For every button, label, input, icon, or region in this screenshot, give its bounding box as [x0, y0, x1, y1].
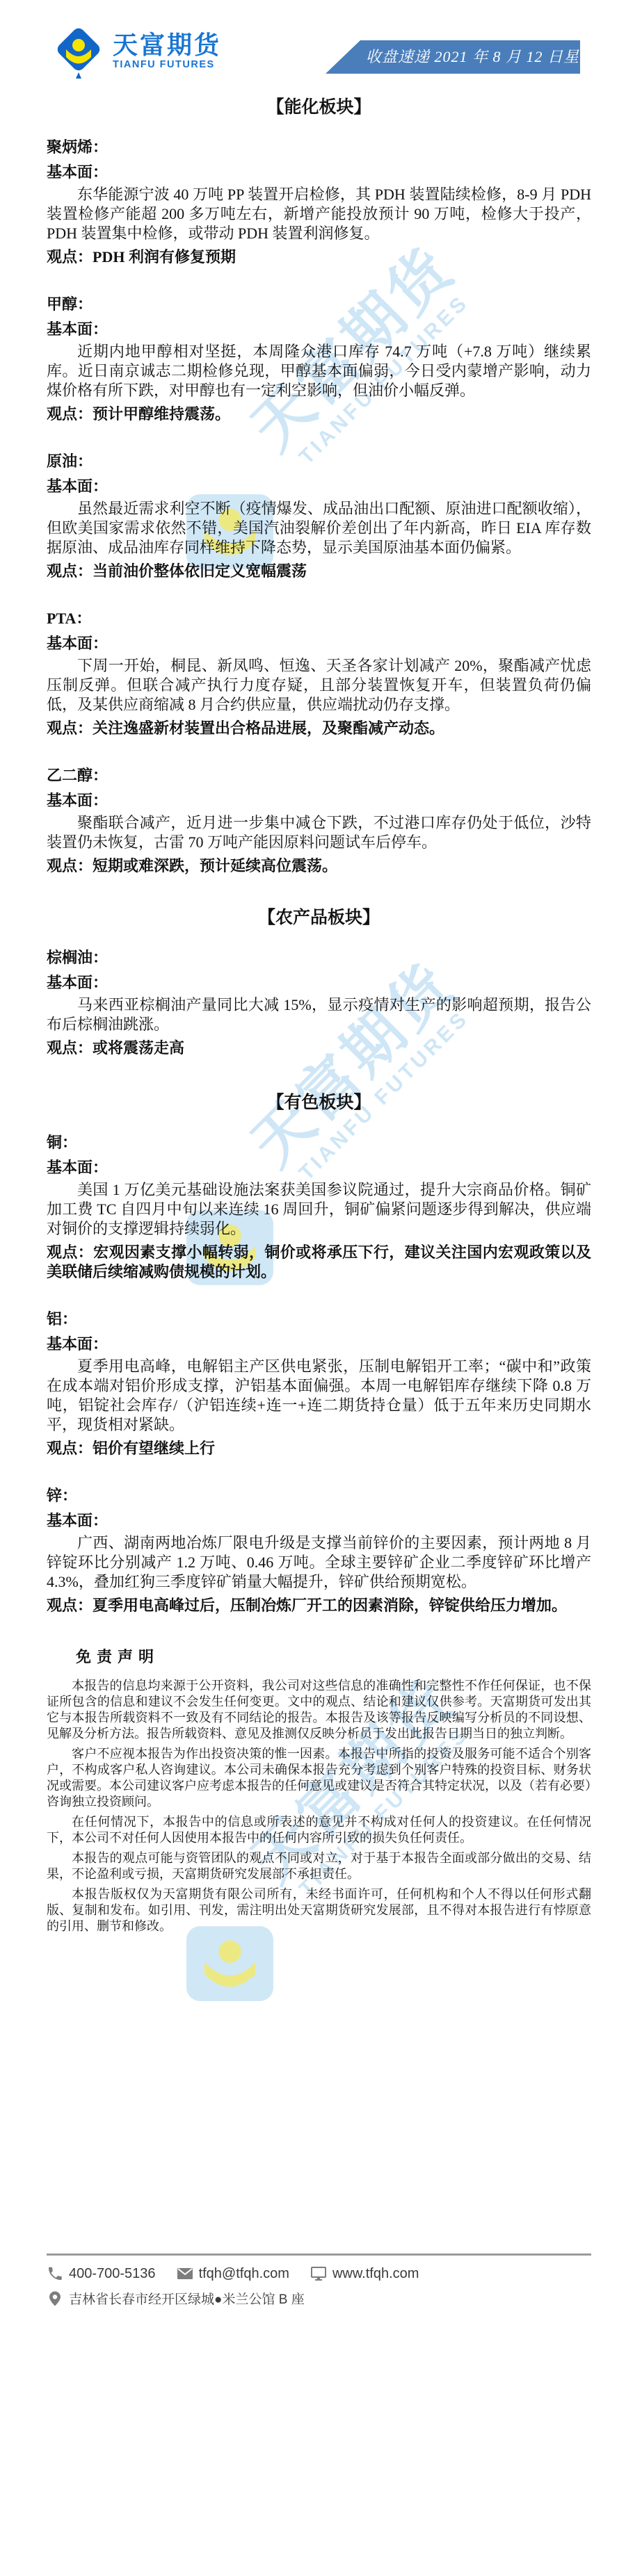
- report-page: 天富期货 TIANFU FUTURES 天富期货 TIANFU FUTURES …: [0, 0, 626, 2576]
- disclaimer-paragraph: 本报告的信息均来源于公开资料，我公司对这些信息的准确性和完整性不作任何保证，也不…: [47, 1678, 591, 1742]
- view-text: 观点：当前油价整体依旧定义宽幅震荡: [47, 562, 591, 581]
- commodity-item-copper: 铜： 基本面： 美国 1 万亿美元基础设施法案获美国参议院通过，提升大宗商品价格…: [47, 1133, 591, 1282]
- commodity-name: 原油：: [47, 452, 591, 471]
- date-banner: 收盘速递 2021 年 8 月 12 日星期四: [326, 40, 580, 74]
- section-energy-chemical: 【能化板块】 聚炳烯： 基本面： 东华能源宁波 40 万吨 PP 装置开启检修，…: [47, 97, 591, 876]
- fundamentals-label: 基本面：: [47, 634, 591, 653]
- location-pin-icon: [47, 2290, 63, 2307]
- footer-contact-row: 400-700-5136 tfqh@tfqh.com www.tfqh.com: [47, 2265, 591, 2282]
- commodity-name: 铝：: [47, 1310, 591, 1329]
- report-content: 【能化板块】 聚炳烯： 基本面： 东华能源宁波 40 万吨 PP 装置开启检修，…: [47, 90, 591, 1939]
- logo-name-cn: 天富期货: [113, 32, 221, 58]
- commodity-item-polypropylene: 聚炳烯： 基本面： 东华能源宁波 40 万吨 PP 装置开启检修，其 PDH 装…: [47, 138, 591, 267]
- logo-name-en: TIANFU FUTURES: [113, 58, 221, 71]
- footer-address: 吉林省长春市经开区绿城●米兰公馆 B 座: [47, 2289, 305, 2308]
- email-address: tfqh@tfqh.com: [199, 2266, 289, 2282]
- commodity-name: PTA：: [47, 609, 591, 628]
- commodity-item-zinc: 锌： 基本面： 广西、湖南两地冶炼厂限电升级是支撑当前锌价的主要因素，预计两地 …: [47, 1486, 591, 1615]
- disclaimer-title: 免责声明: [76, 1647, 591, 1667]
- fundamentals-label: 基本面：: [47, 1335, 591, 1354]
- fundamentals-text: 马来西亚棕榈油产量同比大减 15%，显示疫情对生产的影响超预期，报告公布后棕榈油…: [47, 995, 591, 1034]
- commodity-item-pta: PTA： 基本面： 下周一开始，桐昆、新凤鸣、恒逸、天圣各家计划减产 20%，聚…: [47, 609, 591, 738]
- fundamentals-text: 夏季用电高峰，电解铝主产区供电紧张，压制电解铝开工率；“碳中和”政策在成本端对铝…: [47, 1357, 591, 1435]
- fundamentals-label: 基本面：: [47, 1158, 591, 1177]
- header: 天富期货 TIANFU FUTURES 收盘速递 2021 年 8 月 12 日…: [0, 0, 626, 90]
- commodity-item-ethylene-glycol: 乙二醇： 基本面： 聚酯联合减产，近月进一步集中减仓下跌，不过港口库存仍处于低位…: [47, 766, 591, 876]
- fundamentals-label: 基本面：: [47, 1511, 591, 1531]
- section-agricultural: 【农产品板块】 棕榈油： 基本面： 马来西亚棕榈油产量同比大减 15%，显示疫情…: [47, 908, 591, 1058]
- footer-email: tfqh@tfqh.com: [177, 2265, 289, 2282]
- commodity-name: 聚炳烯：: [47, 138, 591, 157]
- commodity-item-methanol: 甲醇： 基本面： 近期内地甲醇相对坚挺，本周隆众港口库存 74.7 万吨（+7.…: [47, 295, 591, 424]
- commodity-name: 棕榈油：: [47, 948, 591, 968]
- commodity-name: 铜：: [47, 1133, 591, 1152]
- fundamentals-label: 基本面：: [47, 791, 591, 810]
- view-text: 观点：关注逸盛新材装置出合格品进展，及聚酯减产动态。: [47, 719, 591, 738]
- email-icon: [177, 2265, 193, 2282]
- section-title: 【农产品板块】: [47, 908, 591, 929]
- section-nonferrous: 【有色板块】 铜： 基本面： 美国 1 万亿美元基础设施法案获美国参议院通过，提…: [47, 1093, 591, 1615]
- fundamentals-text: 美国 1 万亿美元基础设施法案获美国参议院通过，提升大宗商品价格。铜矿加工费 T…: [47, 1180, 591, 1239]
- commodity-item-palm-oil: 棕榈油： 基本面： 马来西亚棕榈油产量同比大减 15%，显示疫情对生产的影响超预…: [47, 948, 591, 1058]
- disclaimer-paragraph: 客户不应视本报告为作出投资决策的惟一因素。本报告中所指的投资及服务可能不适合个别…: [47, 1746, 591, 1810]
- fundamentals-text: 广西、湖南两地冶炼厂限电升级是支撑当前锌价的主要因素，预计两地 8 月锌锭环比分…: [47, 1533, 591, 1592]
- disclaimer: 免责声明 本报告的信息均来源于公开资料，我公司对这些信息的准确性和完整性不作任何…: [47, 1647, 591, 1934]
- disclaimer-paragraph: 本报告的观点可能与资管团队的观点不同或对立，对于基于本报告全面或部分做出的交易、…: [47, 1850, 591, 1882]
- address-text: 吉林省长春市经开区绿城●米兰公馆 B 座: [69, 2289, 305, 2308]
- fundamentals-text: 近期内地甲醇相对坚挺，本周隆众港口库存 74.7 万吨（+7.8 万吨）继续累库…: [47, 342, 591, 400]
- section-title: 【能化板块】: [47, 97, 591, 118]
- fundamentals-label: 基本面：: [47, 973, 591, 993]
- logo-diamond-icon: [54, 24, 103, 79]
- view-text: 观点：短期或难深跌，预计延续高位震荡。: [47, 856, 591, 876]
- commodity-item-crude-oil: 原油： 基本面： 虽然最近需求利空不断（疫情爆发、成品油出口配额、原油进口配额收…: [47, 452, 591, 581]
- fundamentals-text: 虽然最近需求利空不断（疫情爆发、成品油出口配额、原油进口配额收缩），但欧美国家需…: [47, 499, 591, 557]
- fundamentals-text: 聚酯联合减产，近月进一步集中减仓下跌，不过港口库存仍处于低位，沙特装置仍未恢复，…: [47, 813, 591, 852]
- view-text: 观点：PDH 利润有修复预期: [47, 247, 591, 267]
- website-icon: [310, 2265, 327, 2282]
- footer-divider: [47, 2253, 591, 2256]
- fundamentals-text: 东华能源宁波 40 万吨 PP 装置开启检修，其 PDH 装置陆续检修，8-9 …: [47, 185, 591, 243]
- phone-number: 400-700-5136: [69, 2266, 156, 2282]
- disclaimer-paragraph: 在任何情况下，本报告中的信息或所表述的意见并不构成对任何人的投资建议。在任何情况…: [47, 1814, 591, 1846]
- fundamentals-label: 基本面：: [47, 163, 591, 182]
- logo-text: 天富期货 TIANFU FUTURES: [113, 32, 221, 71]
- view-text: 观点：宏观因素支撑小幅转弱，铜价或将承压下行，建议关注国内宏观政策以及美联储后续…: [47, 1243, 591, 1282]
- footer-address-row: 吉林省长春市经开区绿城●米兰公馆 B 座: [47, 2289, 591, 2308]
- section-title: 【有色板块】: [47, 1093, 591, 1114]
- view-text: 观点：夏季用电高峰过后，压制冶炼厂开工的因素消除，锌锭供给压力增加。: [47, 1596, 591, 1615]
- footer: 400-700-5136 tfqh@tfqh.com www.tfqh.com: [47, 2253, 591, 2308]
- fundamentals-label: 基本面：: [47, 320, 591, 339]
- fundamentals-text: 下周一开始，桐昆、新凤鸣、恒逸、天圣各家计划减产 20%，聚酯减产忧虑压制反弹。…: [47, 656, 591, 715]
- company-logo: 天富期货 TIANFU FUTURES: [54, 24, 221, 79]
- footer-phone: 400-700-5136: [47, 2265, 156, 2282]
- phone-icon: [47, 2265, 63, 2282]
- website-url: www.tfqh.com: [332, 2266, 419, 2282]
- footer-website: www.tfqh.com: [310, 2265, 419, 2282]
- commodity-name: 乙二醇：: [47, 766, 591, 785]
- commodity-item-aluminum: 铝： 基本面： 夏季用电高峰，电解铝主产区供电紧张，压制电解铝开工率；“碳中和”…: [47, 1310, 591, 1458]
- commodity-name: 甲醇：: [47, 295, 591, 314]
- view-text: 观点：或将震荡走高: [47, 1038, 591, 1058]
- fundamentals-label: 基本面：: [47, 477, 591, 496]
- view-text: 观点：铝价有望继续上行: [47, 1439, 591, 1458]
- disclaimer-paragraph: 本报告版权仅为天富期货有限公司所有，未经书面许可，任何机构和个人不得以任何形式翻…: [47, 1886, 591, 1934]
- view-text: 观点：预计甲醇维持震荡。: [47, 405, 591, 424]
- commodity-name: 锌：: [47, 1486, 591, 1506]
